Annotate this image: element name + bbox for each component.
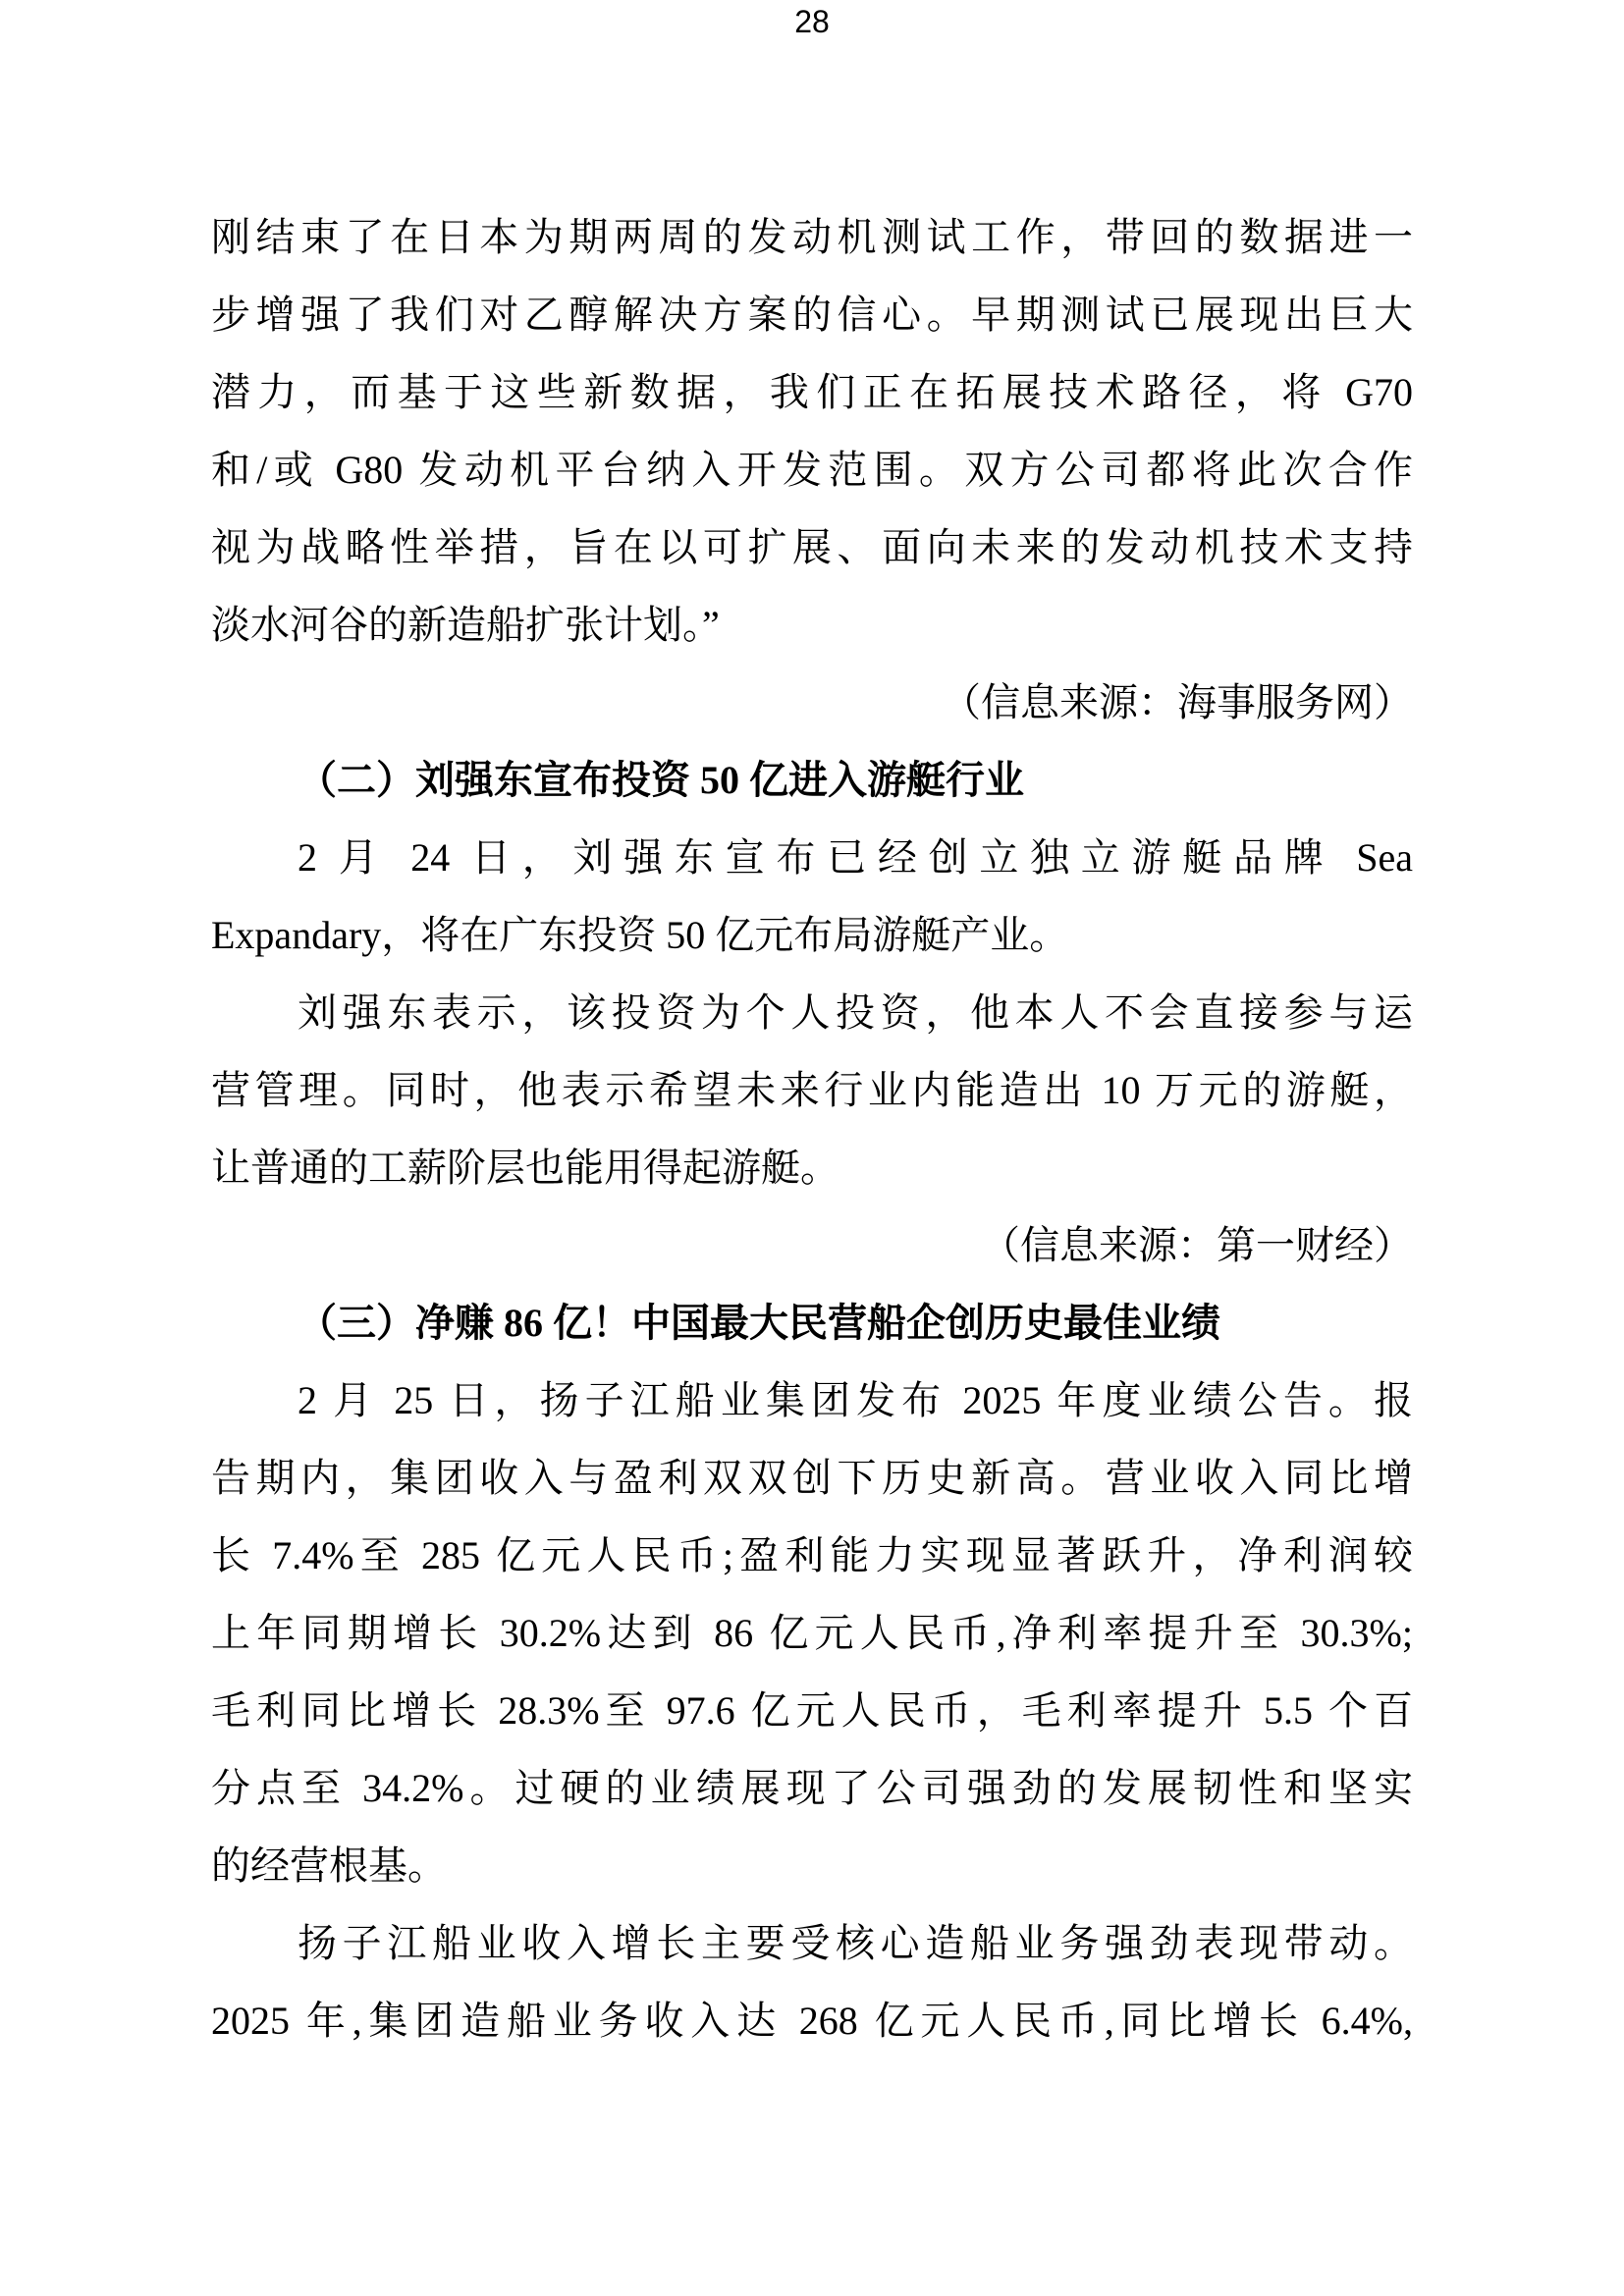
- text-line: 让普通的工薪阶层也能用得起游艇。: [211, 1129, 1413, 1206]
- source-attribution: （信息来源：海事服务网）: [211, 664, 1413, 741]
- text-line: 和/或 G80 发动机平台纳入开发范围。双方公司都将此次合作: [211, 431, 1413, 508]
- text-line: 毛利同比增长 28.3%至 97.6 亿元人民币，毛利率提升 5.5 个百: [211, 1672, 1413, 1749]
- section-heading: （三）净赚 86 亿！中国最大民营船企创历史最佳业绩: [211, 1284, 1413, 1362]
- text-line: 2 月 25 日，扬子江船业集团发布 2025 年度业绩公告。报: [211, 1362, 1413, 1439]
- text-line: Expandary，将在广东投资 50 亿元布局游艇产业。: [211, 896, 1413, 974]
- document-page: 28 刚结束了在日本为期两周的发动机测试工作，带回的数据进一步增强了我们对乙醇解…: [0, 0, 1624, 2296]
- text-line: 上年同期增长 30.2%达到 86 亿元人民币,净利率提升至 30.3%;: [211, 1594, 1413, 1672]
- text-line: 淡水河谷的新造船扩张计划。”: [211, 586, 1413, 664]
- text-line: 长 7.4%至 285 亿元人民币;盈利能力实现显著跃升，净利润较: [211, 1517, 1413, 1594]
- text-line: 分点至 34.2%。过硬的业绩展现了公司强劲的发展韧性和坚实: [211, 1749, 1413, 1827]
- text-line: 2 月 24 日，刘强东宣布已经创立独立游艇品牌 Sea: [211, 819, 1413, 896]
- document-body: 刚结束了在日本为期两周的发动机测试工作，带回的数据进一步增强了我们对乙醇解决方案…: [211, 198, 1413, 2059]
- text-line: 2025 年,集团造船业务收入达 268 亿元人民币,同比增长 6.4%,: [211, 1982, 1413, 2059]
- text-line: 潜力，而基于这些新数据，我们正在拓展技术路径，将 G70: [211, 353, 1413, 431]
- text-line: 扬子江船业收入增长主要受核心造船业务强劲表现带动。: [211, 1904, 1413, 1982]
- source-attribution: （信息来源：第一财经）: [211, 1206, 1413, 1284]
- text-line: 刘强东表示，该投资为个人投资，他本人不会直接参与运: [211, 974, 1413, 1051]
- text-line: 告期内，集团收入与盈利双双创下历史新高。营业收入同比增: [211, 1439, 1413, 1517]
- page-number: 28: [0, 4, 1624, 39]
- section-heading: （二）刘强东宣布投资 50 亿进入游艇行业: [211, 741, 1413, 819]
- text-line: 营管理。同时，他表示希望未来行业内能造出 10 万元的游艇，: [211, 1051, 1413, 1129]
- text-line: 刚结束了在日本为期两周的发动机测试工作，带回的数据进一: [211, 198, 1413, 276]
- text-line: 步增强了我们对乙醇解决方案的信心。早期测试已展现出巨大: [211, 276, 1413, 353]
- text-line: 视为战略性举措，旨在以可扩展、面向未来的发动机技术支持: [211, 508, 1413, 586]
- text-line: 的经营根基。: [211, 1827, 1413, 1904]
